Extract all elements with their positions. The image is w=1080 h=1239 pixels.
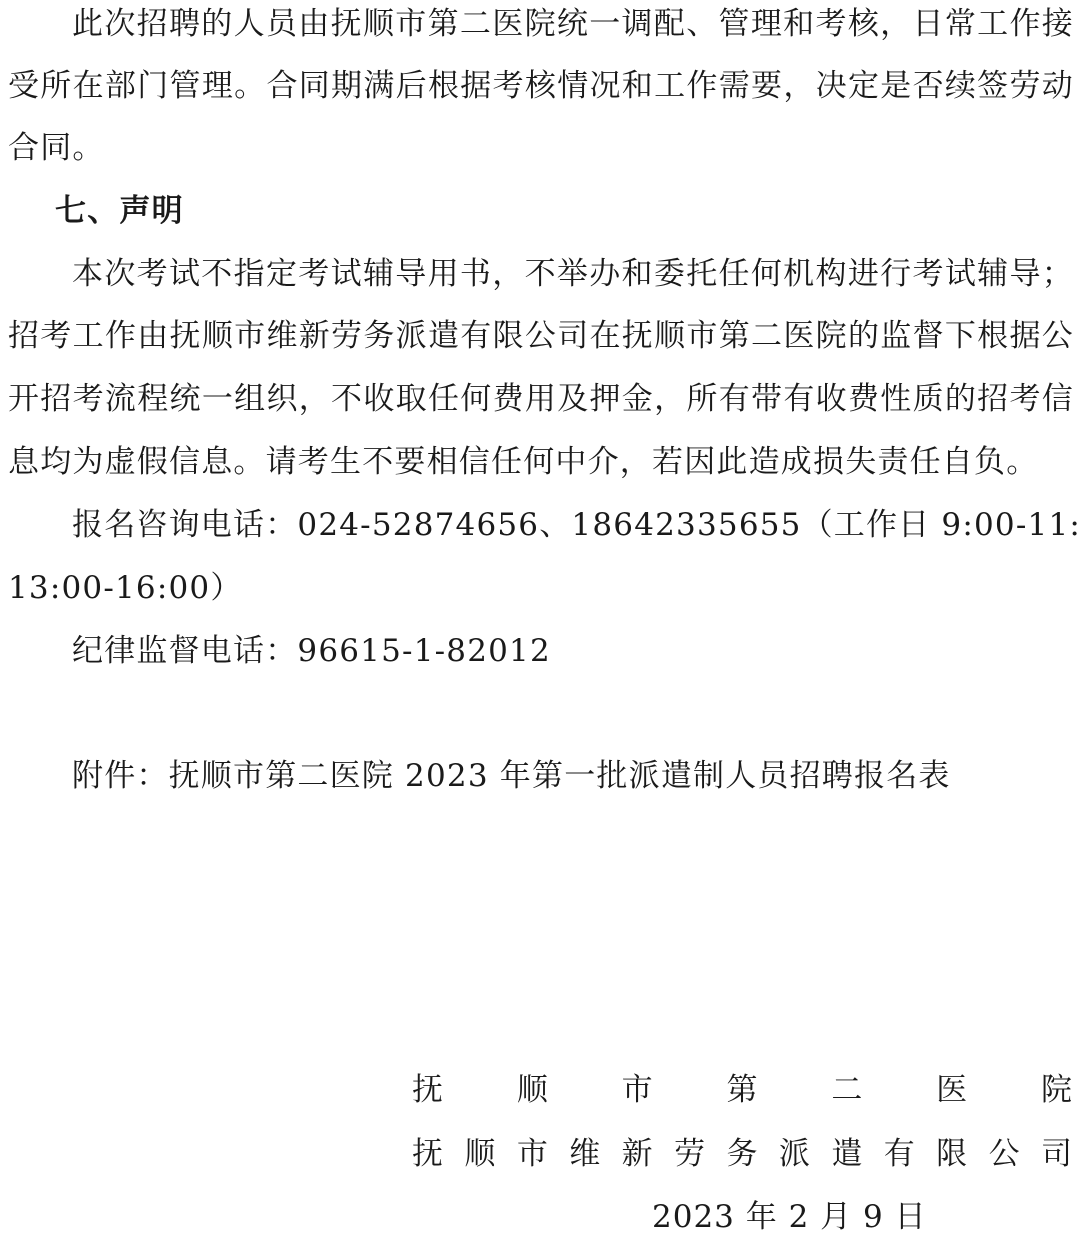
signature-date: 2023 年 2 月 9 日 (652, 1197, 927, 1237)
signature-org-hospital-text: 抚 顺 市 第 二 医 院 (412, 1072, 1072, 1108)
statement-paragraph-line-3: 开招考流程统一组织，不收取任何费用及押金，所有带有收费性质的招考信 (8, 379, 1074, 419)
statement-paragraph-line-2: 招考工作由抚顺市维新劳务派遣有限公司在抚顺市第二医院的监督下根据公 (8, 316, 1074, 356)
employment-paragraph-line-1: 此次招聘的人员由抚顺市第二医院统一调配、管理和考核，日常工作接 (72, 4, 1074, 44)
signature-org-hospital: 抚 顺 市 第 二 医 院 (412, 1070, 1072, 1110)
discipline-phone-line: 纪律监督电话：96615-1-82012 (72, 631, 1074, 671)
employment-paragraph-line-2: 受所在部门管理。合同期满后根据考核情况和工作需要，决定是否续签劳动 (8, 66, 1074, 106)
section-heading-statement: 七、声明 (55, 191, 1080, 231)
signature-org-agency: 抚 顺 市 维 新 劳 务 派 遣 有 限 公 司 (412, 1134, 1072, 1174)
registration-phone-line-1: 报名咨询电话：024-52874656、18642335655（工作日 9:00… (72, 505, 1074, 545)
employment-paragraph-line-3: 合同。 (8, 128, 1074, 168)
registration-phone-line-2: 13:00-16:00） (8, 568, 1074, 608)
signature-org-agency-text: 抚 顺 市 维 新 劳 务 派 遣 有 限 公 司 (412, 1136, 1072, 1172)
attachment-line: 附件：抚顺市第二医院 2023 年第一批派遣制人员招聘报名表 (72, 756, 1074, 796)
statement-paragraph-line-1: 本次考试不指定考试辅导用书，不举办和委托任何机构进行考试辅导； (72, 254, 1074, 294)
statement-paragraph-line-4: 息均为虚假信息。请考生不要相信任何中介，若因此造成损失责任自负。 (8, 442, 1074, 482)
